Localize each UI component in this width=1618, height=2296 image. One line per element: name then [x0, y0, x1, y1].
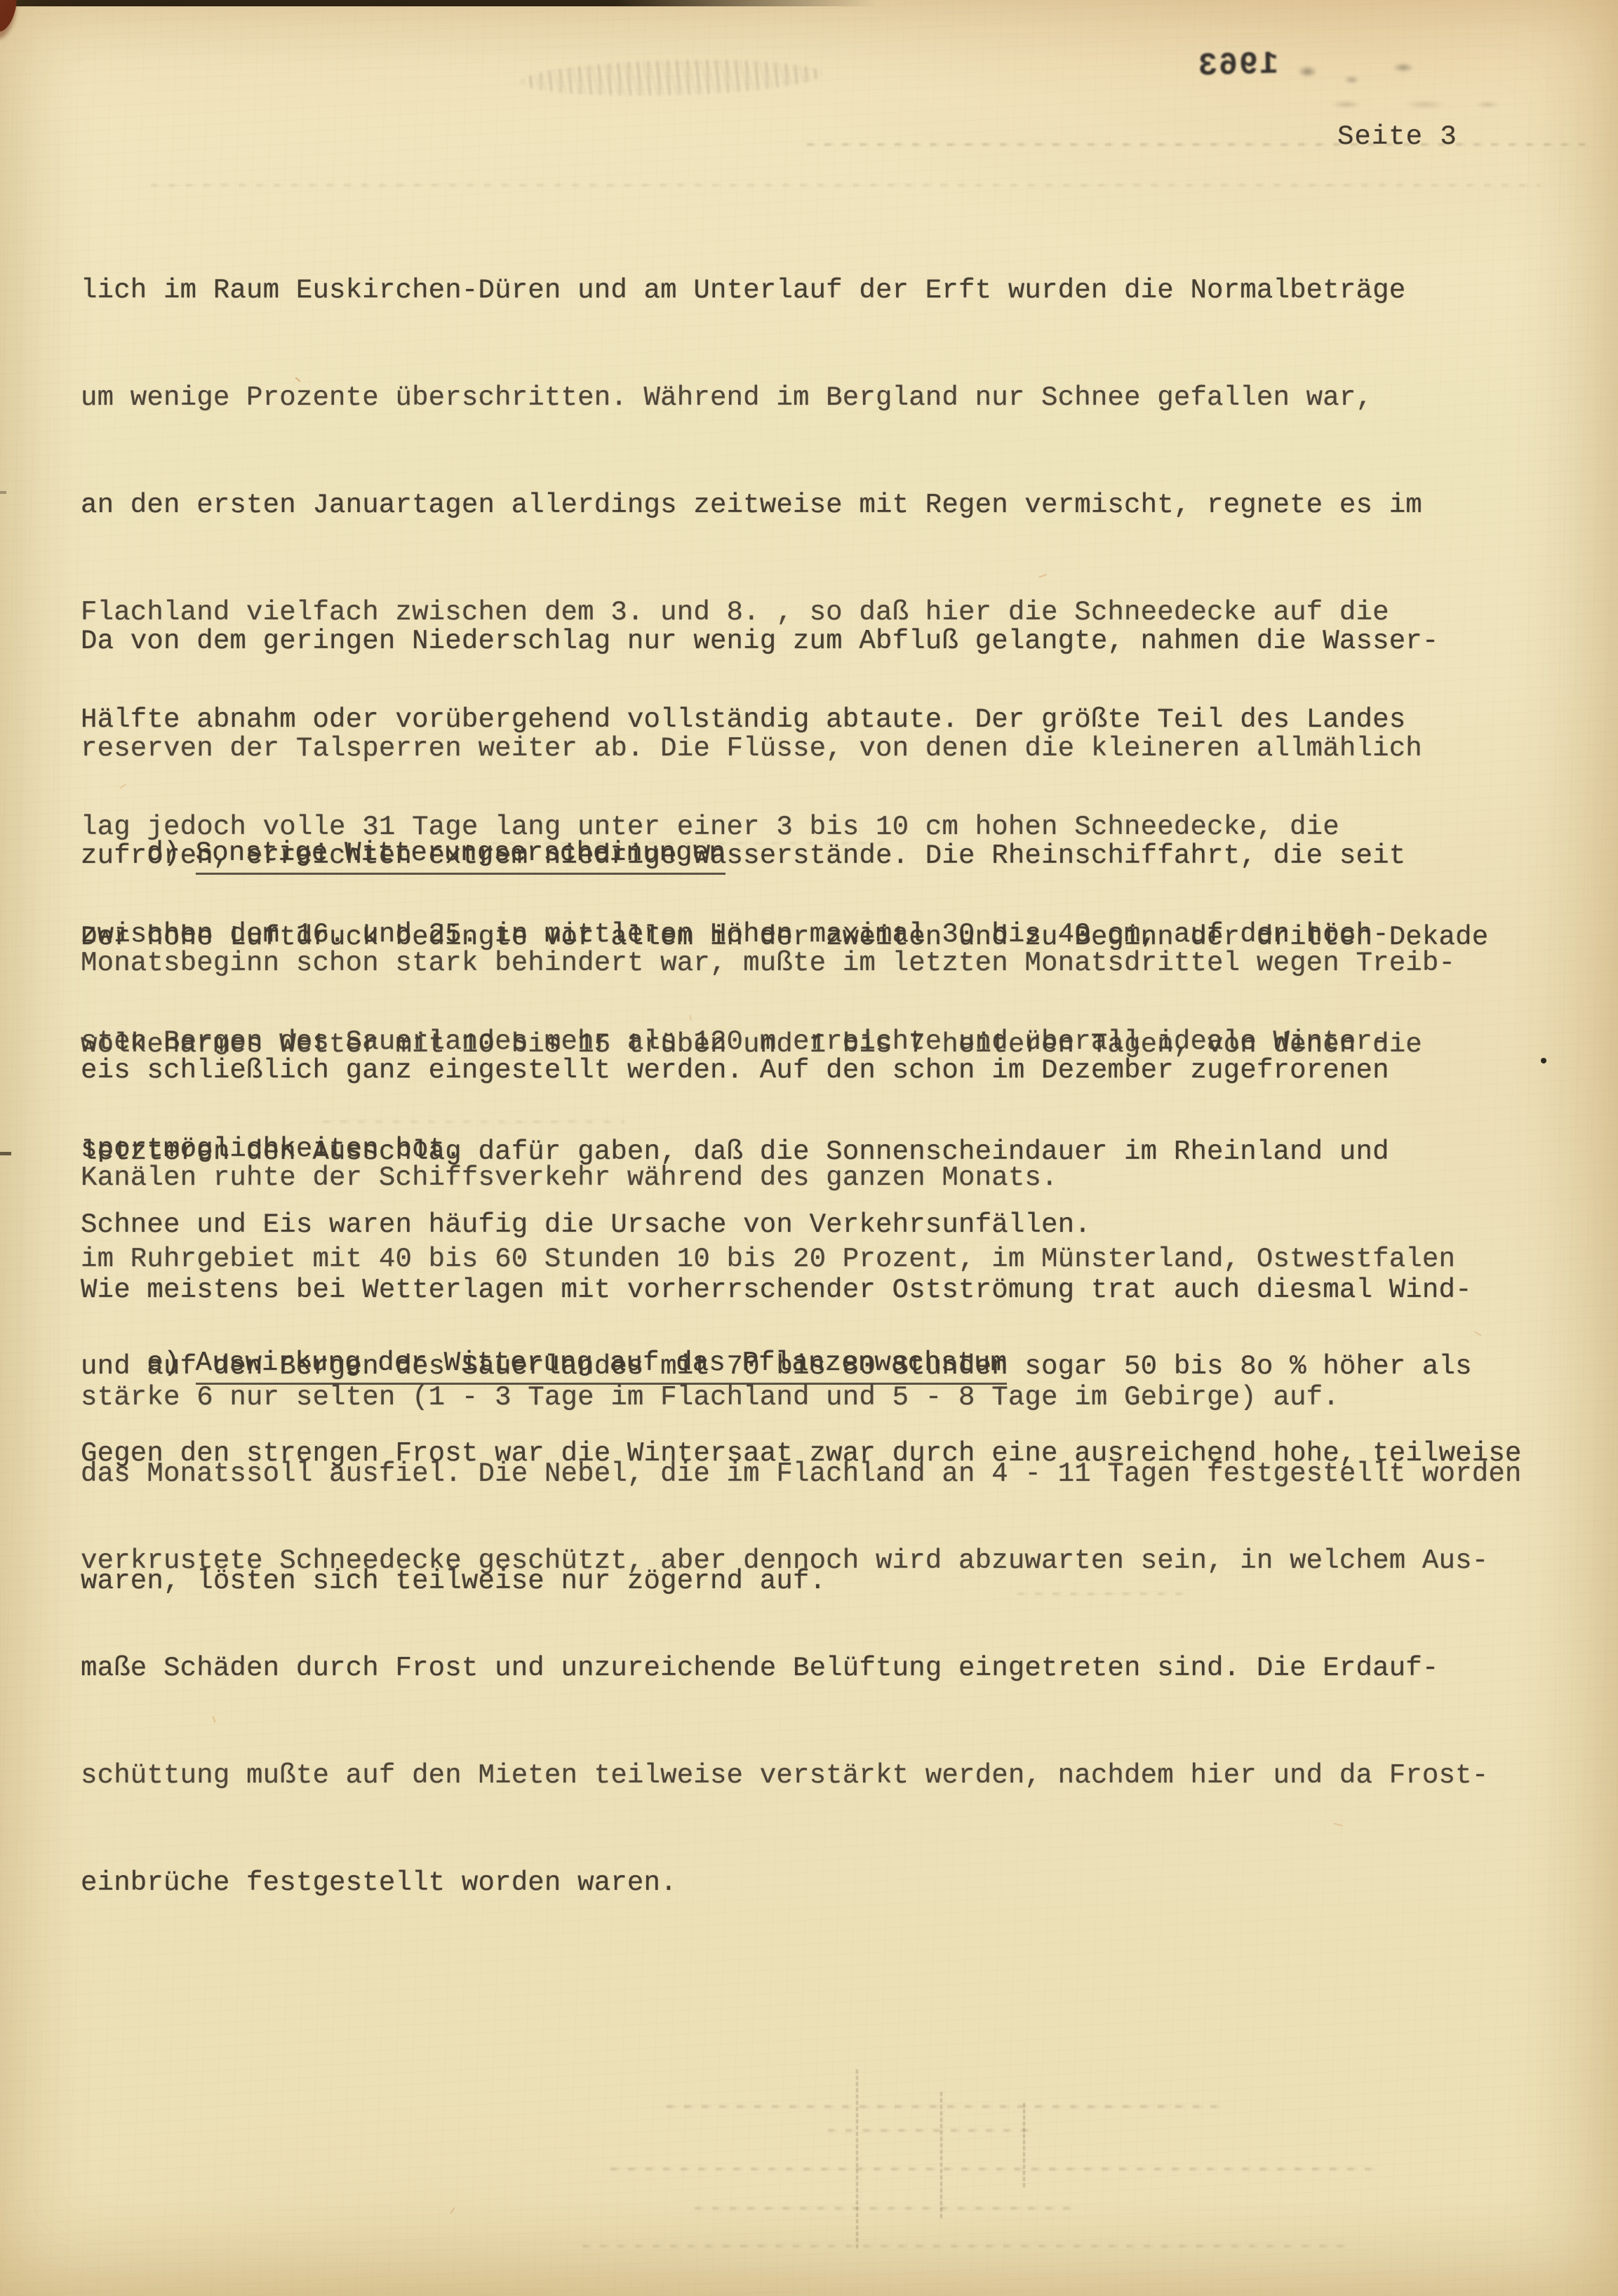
showthrough-streak — [582, 2245, 1354, 2248]
text-line: Gegen den strengen Frost war die Winters… — [81, 1436, 1582, 1472]
text-line: einbrüche festgestellt worden waren. — [81, 1865, 1582, 1901]
text-line: Der hohe Luftdruck bedingte vor allem in… — [81, 920, 1582, 955]
showthrough-streak — [667, 2105, 1228, 2108]
showthrough-streak — [610, 2168, 1375, 2170]
scanned-document-page: 1963 Seite 3 lich im Raum Euskirchen-Dür… — [0, 0, 1618, 2296]
ink-dot — [1541, 1058, 1546, 1063]
margin-mark — [0, 491, 6, 494]
text-line: um wenige Prozente überschritten. Währen… — [81, 380, 1582, 416]
showthrough-table-line — [856, 2069, 858, 2248]
scan-edge-shadow — [0, 0, 877, 6]
text-line: an den ersten Januartagen allerdings zei… — [81, 488, 1582, 523]
showthrough-streak — [151, 184, 1540, 187]
paragraph-plant-growth: Gegen den strengen Frost war die Winters… — [81, 1364, 1582, 1973]
showthrough-streak — [323, 1120, 624, 1123]
showthrough-table-line — [1023, 2103, 1025, 2187]
text-line: verkrustete Schneedecke geschützt, aber … — [81, 1543, 1582, 1579]
page-number: Seite 3 — [1337, 121, 1457, 153]
paper-fiber — [450, 2207, 455, 2213]
pencil-scribble-smudge — [520, 56, 822, 99]
showthrough-streak — [807, 143, 1586, 146]
showthrough-streak — [695, 2207, 1074, 2210]
text-line: maße Schäden durch Frost und unzureichen… — [81, 1651, 1582, 1686]
ink-smudge — [1311, 90, 1507, 119]
showthrough-streak — [491, 842, 884, 845]
margin-mark — [0, 1152, 11, 1155]
text-line: schüttung mußte auf den Mieten teilweise… — [81, 1758, 1582, 1794]
text-line: Da von dem geringen Niederschlag nur wen… — [81, 624, 1582, 659]
showthrough-streak — [828, 2129, 1038, 2132]
text-line: lich im Raum Euskirchen-Düren und am Unt… — [81, 273, 1582, 309]
ink-smudge — [1285, 53, 1433, 94]
text-line: Wie meistens bei Wetterlagen mit vorherr… — [81, 1273, 1582, 1308]
mirrored-year-stamp: 1963 — [1196, 46, 1278, 84]
showthrough-table-line — [940, 2092, 942, 2218]
text-line: reserven der Talsperren weiter ab. Die F… — [81, 731, 1582, 767]
text-line: wolkenarmes Wetter mit 10 bis 15 trüben … — [81, 1027, 1582, 1063]
showthrough-streak — [1017, 1592, 1186, 1595]
